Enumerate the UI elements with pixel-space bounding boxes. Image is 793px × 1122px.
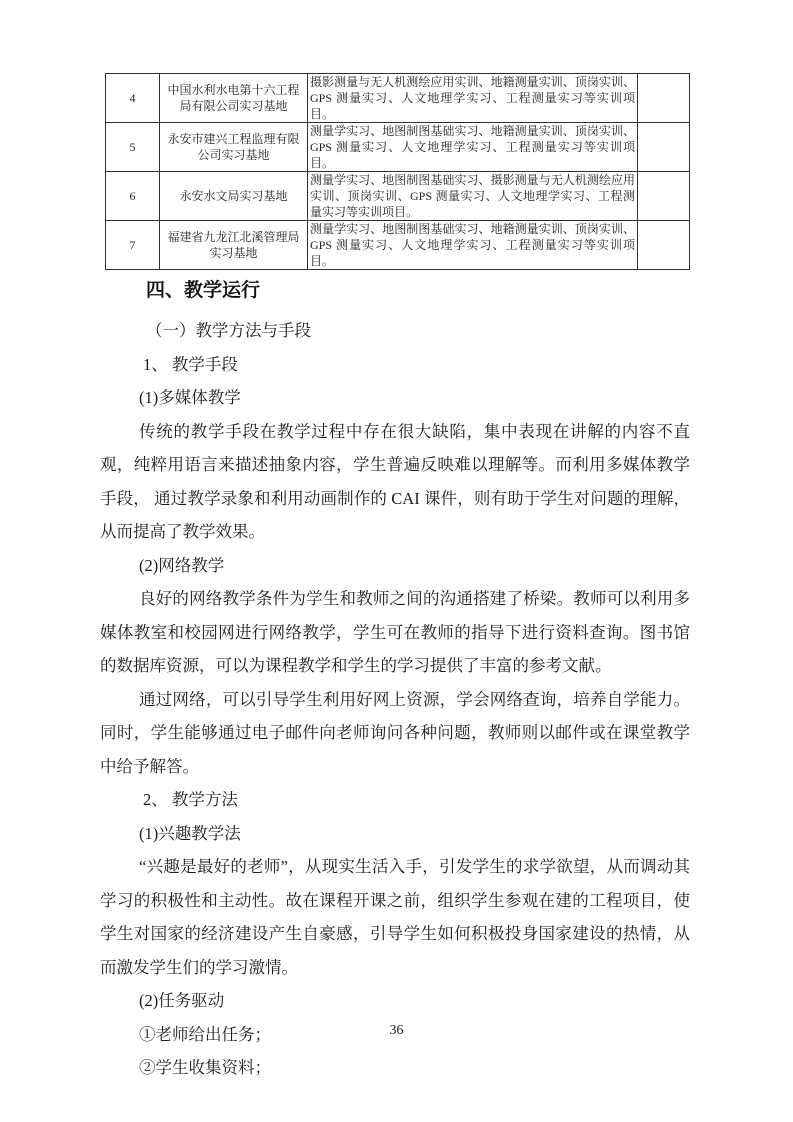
base-name-cell: 永安市建兴工程监理有限 公司实习基地 [160,123,308,172]
list-item-heading: (2)任务驱动 [100,984,690,1018]
training-items-cell: 测量学实习、地图制图基础实习、地籍测量实训、顶岗实训、GPS 测量实习、人文地理… [308,221,638,270]
subsection-heading: （一）教学方法与手段 [100,314,690,348]
section-heading: 四、教学运行 [100,276,690,306]
note-cell [638,123,690,172]
training-items-cell: 摄影测量与无人机测绘应用实训、地籍测量实训、顶岗实训、GPS 测量实习、人文地理… [308,74,638,123]
body-paragraph: 传统的教学手段在教学过程中存在很大缺陷，集中表现在讲解的内容不直观，纯粹用语言来… [100,415,690,549]
list-item-heading: (2)网络教学 [100,549,690,583]
numbered-task-item: ②学生收集资料； [100,1051,690,1085]
practice-base-table: 4 中国水利水电第十六工程 局有限公司实习基地 摄影测量与无人机测绘应用实训、地… [105,73,690,270]
row-number-cell: 6 [106,172,160,221]
body-paragraph: 通过网络，可以引导学生利用好网上资源，学会网络查询，培养自学能力。同时，学生能够… [100,683,690,784]
base-name-cell: 福建省九龙江北溪管理局 实习基地 [160,221,308,270]
document-page: 4 中国水利水电第十六工程 局有限公司实习基地 摄影测量与无人机测绘应用实训、地… [0,0,793,1122]
training-items-cell: 测量学实习、地图制图基础实习、摄影测量与无人机测绘应用实训、顶岗实训、GPS 测… [308,172,638,221]
table-row: 5 永安市建兴工程监理有限 公司实习基地 测量学实习、地图制图基础实习、地籍测量… [106,123,690,172]
list-item-heading: (1)多媒体教学 [100,381,690,415]
page-number: 36 [0,1022,793,1040]
row-number-cell: 7 [106,221,160,270]
note-cell [638,74,690,123]
list-item-heading: (1)兴趣教学法 [100,817,690,851]
table-row: 6 永安水文局实习基地 测量学实习、地图制图基础实习、摄影测量与无人机测绘应用实… [106,172,690,221]
note-cell [638,221,690,270]
body-paragraph: “兴趣是最好的老师”，从现实生活入手，引发学生的求学欲望，从而调动其学习的积极性… [100,850,690,984]
list-item-heading: 1、 教学手段 [100,348,690,382]
base-name-cell: 永安水文局实习基地 [160,172,308,221]
row-number-cell: 4 [106,74,160,123]
base-name-cell: 中国水利水电第十六工程 局有限公司实习基地 [160,74,308,123]
list-item-heading: 2、 教学方法 [100,783,690,817]
note-cell [638,172,690,221]
page-content: 4 中国水利水电第十六工程 局有限公司实习基地 摄影测量与无人机测绘应用实训、地… [100,0,690,1085]
training-items-cell: 测量学实习、地图制图基础实习、地籍测量实训、顶岗实训、GPS 测量实习、人文地理… [308,123,638,172]
body-paragraph: 良好的网络教学条件为学生和教师之间的沟通搭建了桥梁。教师可以利用多媒体教室和校园… [100,582,690,683]
row-number-cell: 5 [106,123,160,172]
table-row: 7 福建省九龙江北溪管理局 实习基地 测量学实习、地图制图基础实习、地籍测量实训… [106,221,690,270]
table-row: 4 中国水利水电第十六工程 局有限公司实习基地 摄影测量与无人机测绘应用实训、地… [106,74,690,123]
